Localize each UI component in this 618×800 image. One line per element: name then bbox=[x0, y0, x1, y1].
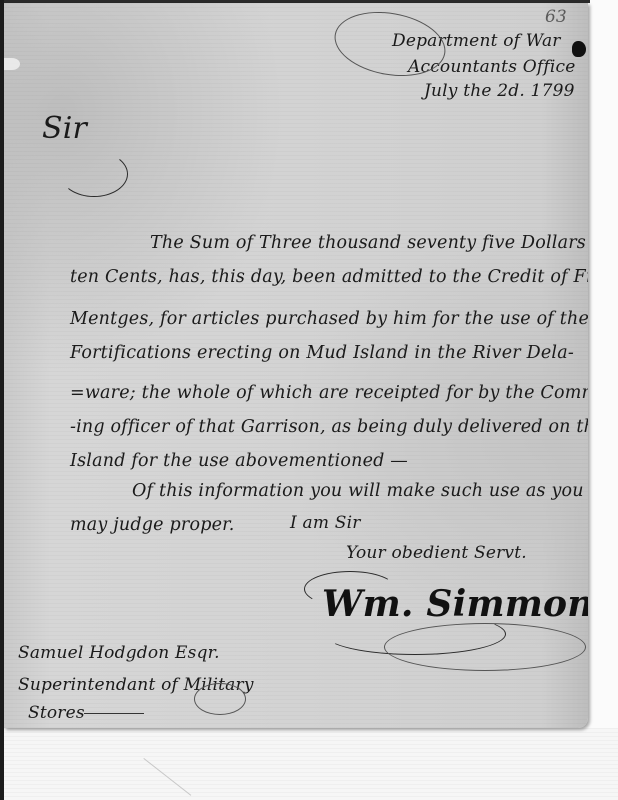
body-line-6: -ing officer of that Garrison, as being … bbox=[70, 417, 588, 437]
underlying-blank-sheet bbox=[4, 728, 618, 800]
salutation-flourish bbox=[60, 151, 128, 197]
body-line-4: Fortifications erecting on Mud Island in… bbox=[70, 343, 574, 363]
body-line-9: may judge proper. bbox=[70, 515, 235, 535]
letter-sheet: 63 Department of War Accountants Office … bbox=[4, 3, 588, 728]
paper-tear bbox=[4, 58, 20, 70]
addressee-name: Samuel Hodgdon Esqr. bbox=[18, 643, 220, 663]
body-line-2: ten Cents, has, this day, been admitted … bbox=[70, 267, 588, 287]
salutation: Sir bbox=[42, 111, 87, 146]
body-line-5: =ware; the whole of which are receipted … bbox=[70, 383, 588, 403]
scanned-document-page: 63 Department of War Accountants Office … bbox=[0, 0, 618, 800]
body-line-1: The Sum of Three thousand seventy five D… bbox=[150, 233, 588, 253]
body-line-7: Island for the use abovementioned — bbox=[70, 451, 408, 471]
signature-flourish-upper bbox=[304, 571, 396, 607]
ink-blot bbox=[572, 41, 586, 57]
addressee-dash bbox=[84, 713, 144, 714]
heading-date: July the 2d. 1799 bbox=[424, 81, 575, 101]
body-line-3: Mentges, for articles purchased by him f… bbox=[70, 309, 588, 329]
paper-crease bbox=[143, 758, 191, 796]
addressee-title-continued: Stores bbox=[28, 703, 85, 723]
closing-line-1: I am Sir bbox=[290, 513, 361, 533]
closing-line-2: Your obedient Servt. bbox=[346, 543, 527, 563]
addressee-flourish bbox=[194, 683, 246, 715]
signature-flourish-tail bbox=[384, 623, 586, 671]
folio-number: 63 bbox=[545, 7, 567, 27]
body-line-8: Of this information you will make such u… bbox=[132, 481, 584, 501]
